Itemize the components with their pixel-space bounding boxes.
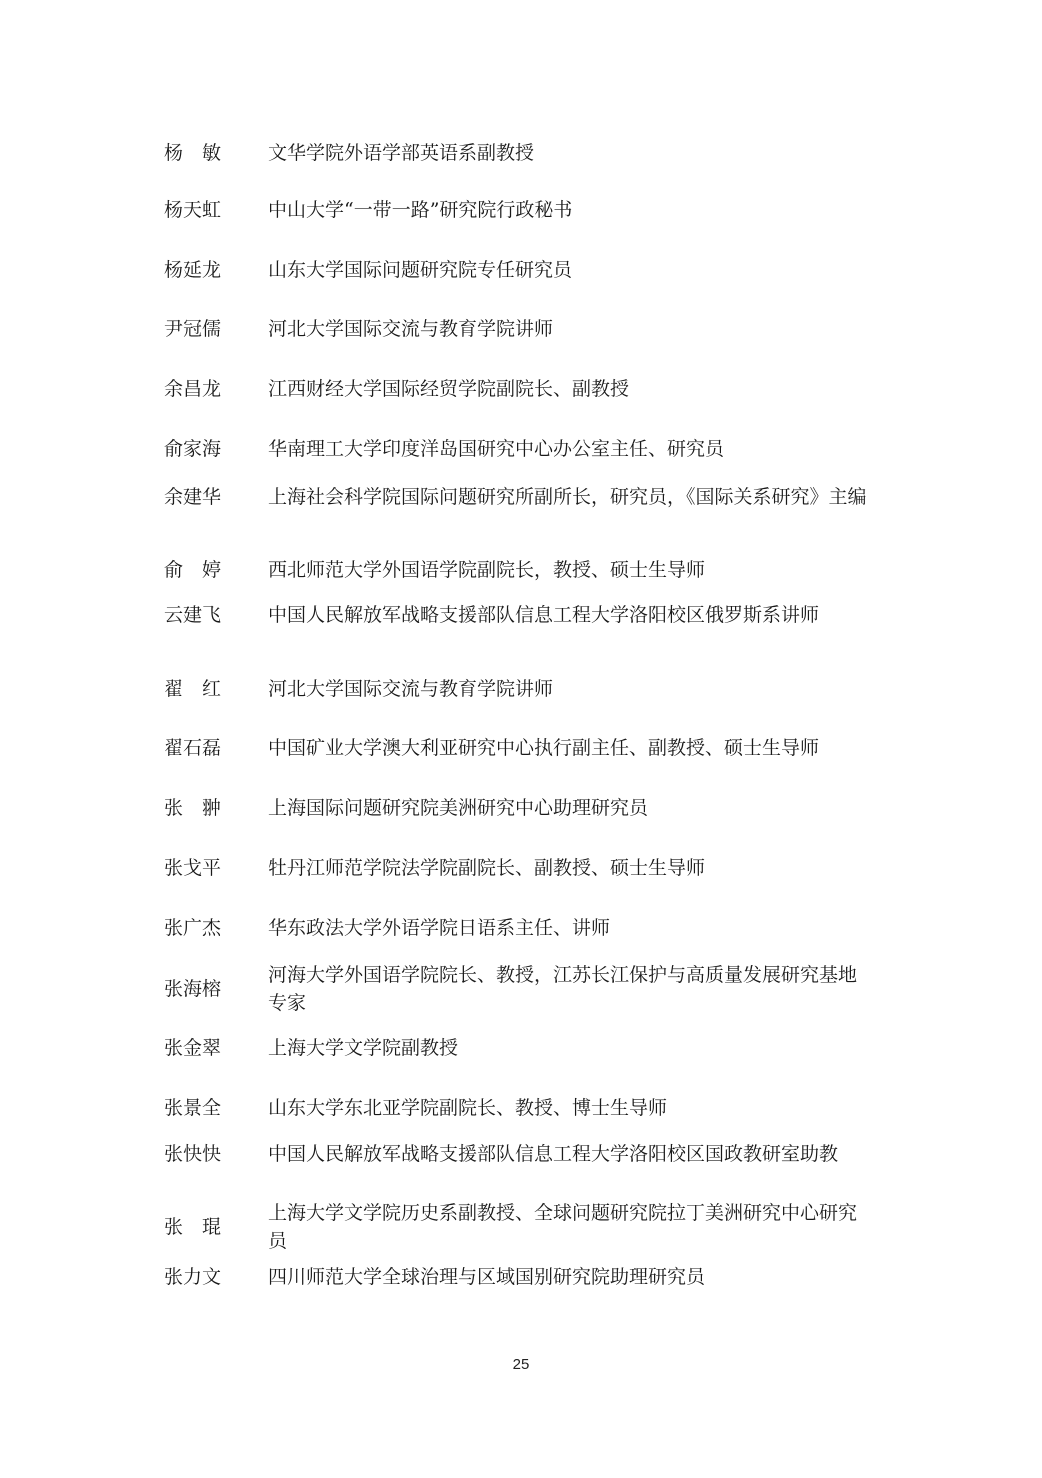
list-item: 张景全 山东大学东北亚学院副院长、教授、博士生导师 bbox=[164, 1094, 884, 1122]
person-name: 俞家海 bbox=[164, 435, 268, 463]
person-name: 翟 红 bbox=[164, 675, 268, 703]
person-name: 张广杰 bbox=[164, 914, 268, 942]
list-item: 张海榕 河海大学外国语学院院长、教授，江苏长江保护与高质量发展研究基地专家 bbox=[164, 961, 884, 1017]
person-name: 张快快 bbox=[164, 1140, 268, 1168]
list-item: 张力文 四川师范大学全球治理与区域国别研究院助理研究员 bbox=[164, 1263, 884, 1291]
list-item: 俞家海 华南理工大学印度洋岛国研究中心办公室主任、研究员 bbox=[164, 435, 884, 463]
person-affiliation: 中山大学“一带一路”研究院行政秘书 bbox=[268, 196, 868, 224]
person-affiliation: 中国矿业大学澳大利亚研究中心执行副主任、副教授、硕士生导师 bbox=[268, 734, 868, 762]
list-item: 张 翀 上海国际问题研究院美洲研究中心助理研究员 bbox=[164, 794, 884, 822]
person-affiliation: 河北大学国际交流与教育学院讲师 bbox=[268, 675, 868, 703]
person-affiliation: 华东政法大学外语学院日语系主任、讲师 bbox=[268, 914, 868, 942]
person-affiliation: 山东大学国际问题研究院专任研究员 bbox=[268, 256, 868, 284]
person-name: 翟石磊 bbox=[164, 734, 268, 762]
person-affiliation: 山东大学东北亚学院副院长、教授、博士生导师 bbox=[268, 1094, 868, 1122]
person-name: 张景全 bbox=[164, 1094, 268, 1122]
person-name: 俞 婷 bbox=[164, 556, 268, 584]
person-name: 张金翠 bbox=[164, 1034, 268, 1062]
person-name: 余建华 bbox=[164, 483, 268, 511]
list-item: 张广杰 华东政法大学外语学院日语系主任、讲师 bbox=[164, 914, 884, 942]
person-name: 尹冠儒 bbox=[164, 315, 268, 343]
person-affiliation: 上海大学文学院副教授 bbox=[268, 1034, 868, 1062]
person-affiliation: 华南理工大学印度洋岛国研究中心办公室主任、研究员 bbox=[268, 435, 868, 463]
person-name: 张 翀 bbox=[164, 794, 268, 822]
person-name: 杨 敏 bbox=[164, 139, 268, 167]
list-item: 翟石磊 中国矿业大学澳大利亚研究中心执行副主任、副教授、硕士生导师 bbox=[164, 734, 884, 762]
person-affiliation: 河北大学国际交流与教育学院讲师 bbox=[268, 315, 868, 343]
person-affiliation: 上海国际问题研究院美洲研究中心助理研究员 bbox=[268, 794, 868, 822]
person-name: 云建飞 bbox=[164, 601, 268, 629]
person-name: 余昌龙 bbox=[164, 375, 268, 403]
person-affiliation: 西北师范大学外国语学院副院长，教授、硕士生导师 bbox=[268, 556, 868, 584]
list-item: 张金翠 上海大学文学院副教授 bbox=[164, 1034, 884, 1062]
person-name: 张 琨 bbox=[164, 1213, 268, 1241]
list-item: 杨天虹 中山大学“一带一路”研究院行政秘书 bbox=[164, 196, 884, 224]
list-item: 张戈平 牡丹江师范学院法学院副院长、副教授、硕士生导师 bbox=[164, 854, 884, 882]
list-item: 余建华 上海社会科学院国际问题研究所副所长，研究员，《国际关系研究》主编 bbox=[164, 483, 884, 511]
page-number: 25 bbox=[0, 1356, 1042, 1373]
list-item: 张 琨 上海大学文学院历史系副教授、全球问题研究院拉丁美洲研究中心研究员 bbox=[164, 1199, 884, 1255]
person-name: 杨天虹 bbox=[164, 196, 268, 224]
person-name: 杨延龙 bbox=[164, 256, 268, 284]
person-affiliation: 四川师范大学全球治理与区域国别研究院助理研究员 bbox=[268, 1263, 868, 1291]
person-affiliation: 中国人民解放军战略支援部队信息工程大学洛阳校区俄罗斯系讲师 bbox=[268, 601, 868, 629]
document-page: 杨 敏 文华学院外语学部英语系副教授 杨天虹 中山大学“一带一路”研究院行政秘书… bbox=[0, 0, 1042, 1478]
list-item: 杨延龙 山东大学国际问题研究院专任研究员 bbox=[164, 256, 884, 284]
person-affiliation: 河海大学外国语学院院长、教授，江苏长江保护与高质量发展研究基地专家 bbox=[268, 961, 868, 1017]
person-affiliation: 中国人民解放军战略支援部队信息工程大学洛阳校区国政教研室助教 bbox=[268, 1140, 868, 1168]
person-affiliation: 上海大学文学院历史系副教授、全球问题研究院拉丁美洲研究中心研究员 bbox=[268, 1199, 868, 1255]
person-name: 张海榕 bbox=[164, 975, 268, 1003]
list-item: 张快快 中国人民解放军战略支援部队信息工程大学洛阳校区国政教研室助教 bbox=[164, 1140, 884, 1168]
person-affiliation: 上海社会科学院国际问题研究所副所长，研究员，《国际关系研究》主编 bbox=[268, 483, 868, 511]
list-item: 俞 婷 西北师范大学外国语学院副院长，教授、硕士生导师 bbox=[164, 556, 884, 584]
person-name: 张力文 bbox=[164, 1263, 268, 1291]
person-affiliation: 文华学院外语学部英语系副教授 bbox=[268, 139, 868, 167]
person-affiliation: 江西财经大学国际经贸学院副院长、副教授 bbox=[268, 375, 868, 403]
list-item: 翟 红 河北大学国际交流与教育学院讲师 bbox=[164, 675, 884, 703]
list-item: 杨 敏 文华学院外语学部英语系副教授 bbox=[164, 139, 884, 167]
list-item: 云建飞 中国人民解放军战略支援部队信息工程大学洛阳校区俄罗斯系讲师 bbox=[164, 601, 884, 629]
list-item: 余昌龙 江西财经大学国际经贸学院副院长、副教授 bbox=[164, 375, 884, 403]
person-affiliation: 牡丹江师范学院法学院副院长、副教授、硕士生导师 bbox=[268, 854, 868, 882]
person-name: 张戈平 bbox=[164, 854, 268, 882]
list-item: 尹冠儒 河北大学国际交流与教育学院讲师 bbox=[164, 315, 884, 343]
